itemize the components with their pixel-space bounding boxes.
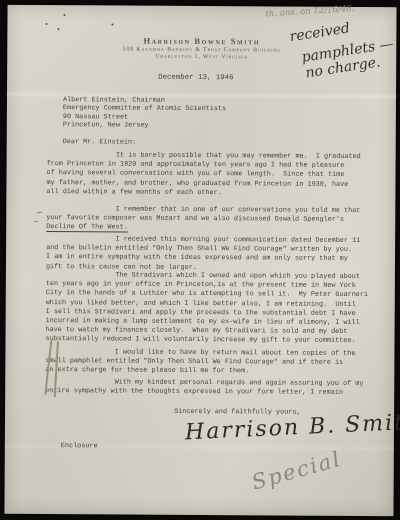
paragraph-1: It is barely possible that you may remem…	[46, 151, 380, 199]
staple-mark	[45, 23, 47, 25]
letter-paper: Harrison Bowne Smith 508 Kanawha Banking…	[4, 5, 396, 516]
staple-mark	[63, 14, 65, 16]
paragraph-3: I received this morning your communicati…	[46, 235, 380, 274]
paragraph-5: I would like to have by return mail abou…	[45, 348, 379, 378]
letter-date: December 13, 1946	[158, 74, 233, 84]
pencil-annotation-answered: th. ans. on 12/16/46.	[265, 4, 354, 20]
underlined-book-title: Decline Of The West.	[46, 223, 128, 232]
salutation: Dear Mr. Einstein:	[63, 138, 136, 148]
margin-dash-mark	[33, 221, 38, 223]
staple-mark	[57, 28, 59, 30]
pencil-annotation-special: Special	[249, 447, 344, 495]
margin-dash-mark	[36, 212, 42, 214]
recipient-address: Albert Einstein, Chairman Emergency Comm…	[63, 96, 226, 130]
paragraph-4: The Stradivari which I owned and upon wh…	[45, 271, 379, 347]
enclosure-note: Enclosure	[61, 442, 98, 451]
staple-mark	[111, 23, 113, 25]
photo-frame: Harrison Bowne Smith 508 Kanawha Banking…	[0, 0, 400, 520]
paragraph-6: With my kindest personal regards and aga…	[45, 378, 379, 398]
paragraph-2-text: I remember that in one of our conversati…	[46, 205, 360, 224]
paragraph-2: I remember that in one of our conversati…	[46, 205, 380, 235]
